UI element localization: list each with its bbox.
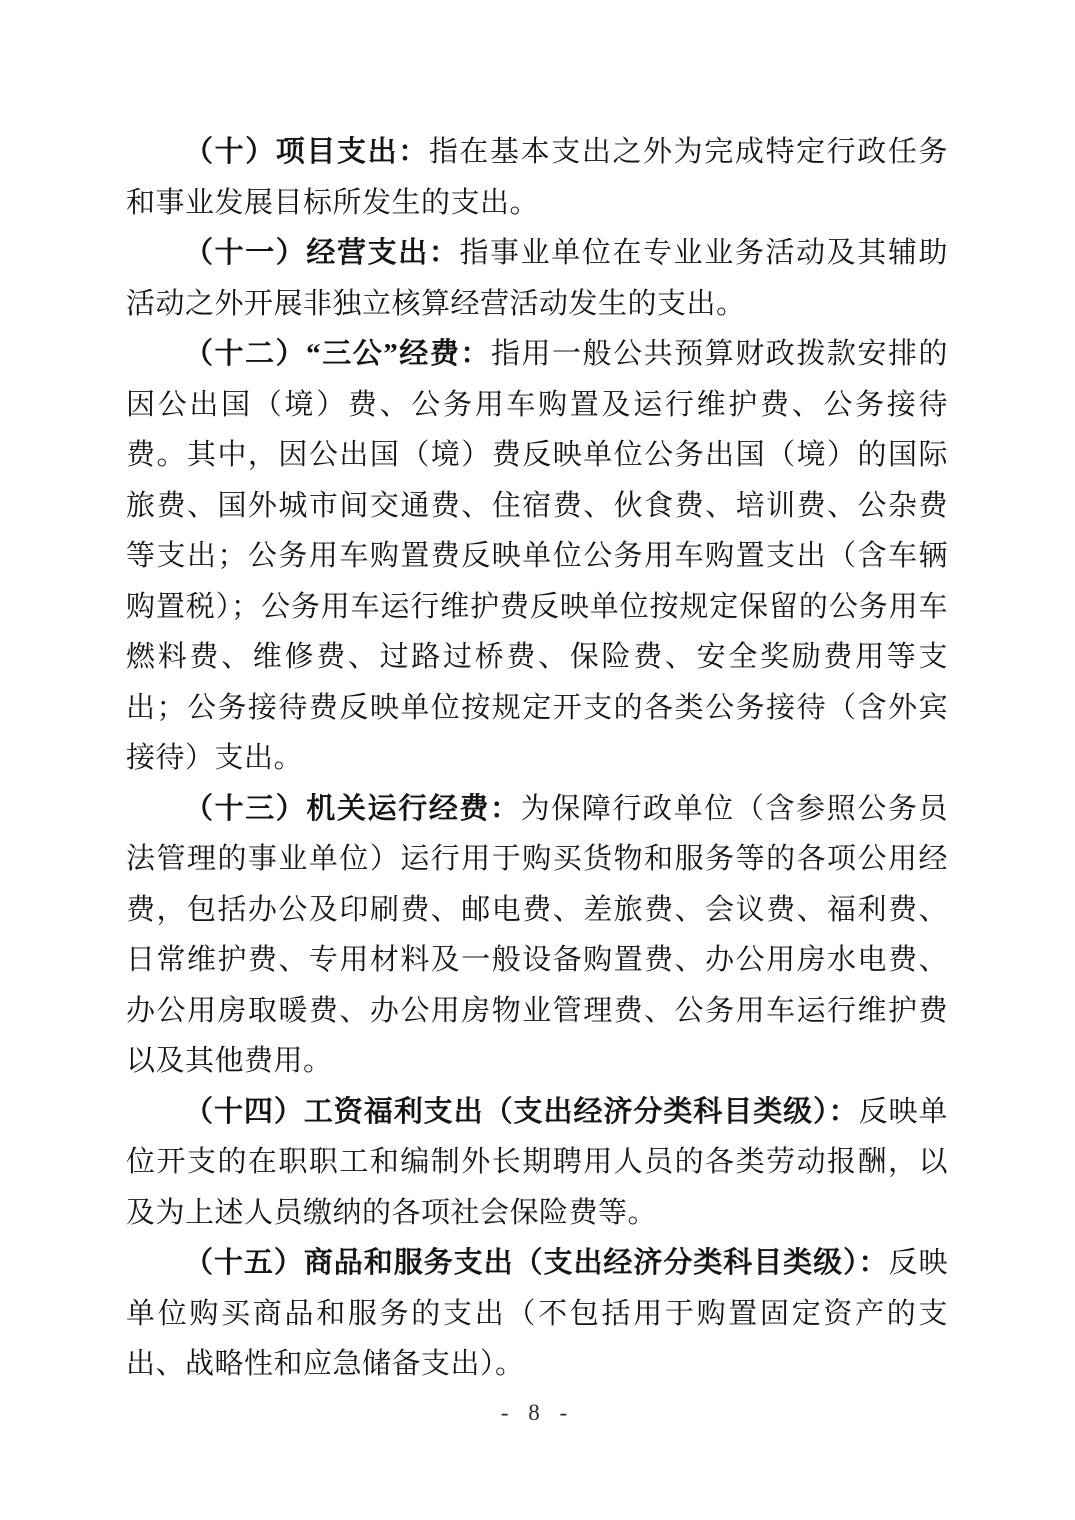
definition-term: （十二）“三公”经费：	[184, 338, 491, 370]
document-page: （十）项目支出：指在基本支出之外为完成特定行政任务和事业发展目标所发生的支出。 …	[0, 0, 1075, 1520]
definition-term: （十四）工资福利支出（支出经济分类科目类级）：	[184, 1096, 859, 1128]
definition-term: （十一）经营支出：	[184, 237, 459, 269]
definition-paragraph-item-10: （十）项目支出：指在基本支出之外为完成特定行政任务和事业发展目标所发生的支出。	[126, 127, 948, 228]
definition-term: （十）项目支出：	[184, 136, 429, 168]
definition-text: 为保障行政单位（含参照公务员法管理的事业单位）运行用于购买货物和服务等的各项公用…	[126, 793, 948, 1078]
definition-paragraph-item-11: （十一）经营支出：指事业单位在专业业务活动及其辅助活动之外开展非独立核算经营活动…	[126, 228, 948, 329]
page-footer: - 8 -	[0, 1400, 1075, 1426]
definition-paragraph-item-13: （十三）机关运行经费：为保障行政单位（含参照公务员法管理的事业单位）运行用于购买…	[126, 784, 948, 1087]
definition-term: （十五）商品和服务支出（支出经济分类科目类级）：	[184, 1247, 889, 1279]
definition-paragraph-item-12: （十二）“三公”经费：指用一般公共预算财政拨款安排的因公出国（境）费、公务用车购…	[126, 329, 948, 784]
definition-paragraph-item-15: （十五）商品和服务支出（支出经济分类科目类级）：反映单位购买商品和服务的支出（不…	[126, 1238, 948, 1390]
definition-text: 指用一般公共预算财政拨款安排的因公出国（境）费、公务用车购置及运行维护费、公务接…	[126, 338, 948, 774]
definition-paragraph-item-14: （十四）工资福利支出（支出经济分类科目类级）：反映单位开支的在职职工和编制外长期…	[126, 1087, 948, 1239]
document-body: （十）项目支出：指在基本支出之外为完成特定行政任务和事业发展目标所发生的支出。 …	[126, 127, 948, 1390]
definition-term: （十三）机关运行经费：	[184, 793, 521, 825]
page-number: - 8 -	[501, 1400, 574, 1425]
